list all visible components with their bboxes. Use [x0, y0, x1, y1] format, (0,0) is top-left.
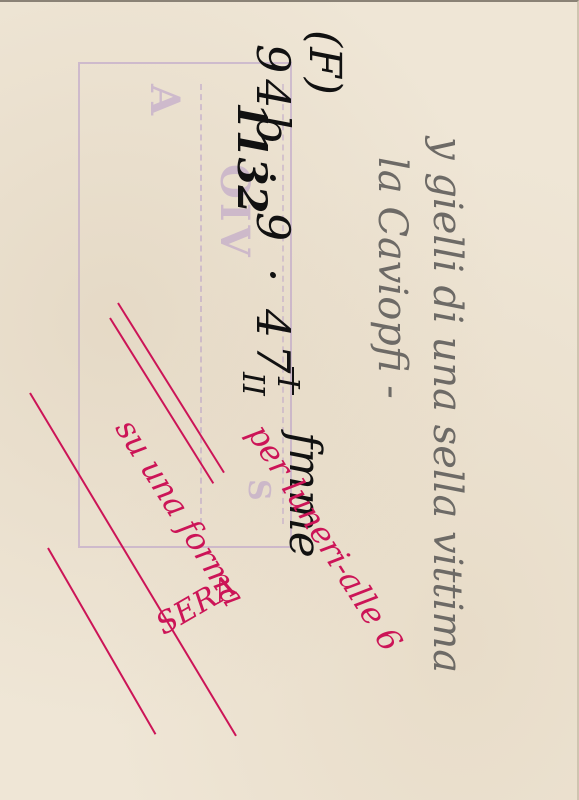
document-card: OIV A S (F) 94b · 9 · 47 1132 I II fmme … — [0, 0, 579, 800]
red-line-3: SERA — [150, 569, 243, 643]
label-f: (F) — [299, 30, 350, 95]
fraction-bottom: II — [235, 372, 270, 396]
pencil-line-1: y gielli di una sella vittima — [424, 137, 470, 673]
catalog-number: 1132 — [228, 102, 275, 213]
pencil-line-2: la Caviopfi - — [369, 157, 415, 399]
stamp-letters-faint: A — [141, 84, 188, 119]
fraction-top: I — [270, 377, 305, 389]
fraction-bar — [292, 367, 294, 395]
